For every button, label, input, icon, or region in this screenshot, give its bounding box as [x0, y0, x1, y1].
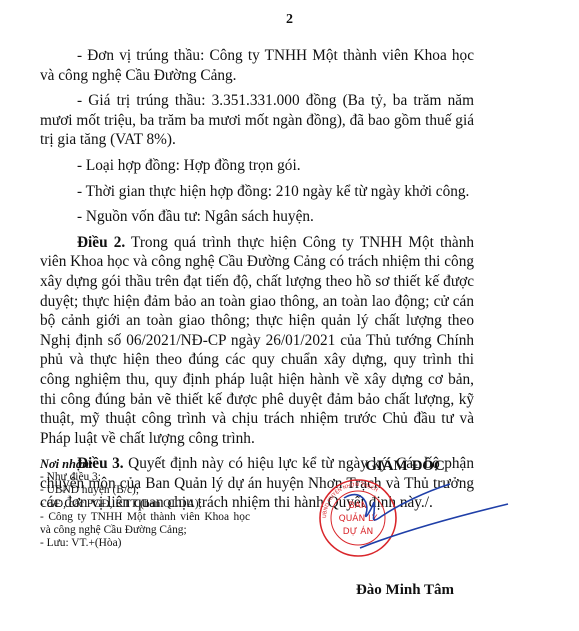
- bid-value-line: - Giá trị trúng thầu: 3.351.331.000 đồng…: [40, 91, 474, 150]
- recipient-item: - Công ty TNHH Một thành viên Khoa học v…: [40, 511, 250, 537]
- recipient-item: - Lưu: VT.+(Hòa): [40, 537, 250, 550]
- duration-line: - Thời gian thực hiện hợp đồng: 210 ngày…: [40, 182, 474, 202]
- contractor-line: - Đơn vị trúng thầu: Công ty TNHH Một th…: [40, 46, 474, 85]
- recipient-item: - GĐ, các PGĐ, KTT (ban QLDA);: [40, 498, 250, 511]
- recipient-item: - UBND huyện (B/c);: [40, 484, 250, 497]
- signer-title: GIÁM ĐỐC: [330, 458, 480, 475]
- recipient-item: - Như điều 3;: [40, 471, 250, 484]
- contract-type-line: - Loại hợp đồng: Hợp đồng trọn gói.: [40, 156, 474, 176]
- document-body: - Đơn vị trúng thầu: Công ty TNHH Một th…: [40, 46, 474, 519]
- page-number: 2: [0, 12, 579, 28]
- article-2: Điều 2. Trong quá trình thực hiện Công t…: [40, 233, 474, 449]
- recipients-block: Nơi nhận: - Như điều 3; - UBND huyện (B/…: [40, 458, 250, 550]
- funding-line: - Nguồn vốn đầu tư: Ngân sách huyện.: [40, 207, 474, 227]
- article-2-label: Điều 2.: [77, 234, 125, 251]
- recipients-title: Nơi nhận:: [40, 458, 250, 471]
- article-2-text: Trong quá trình thực hiện Công ty TNHH M…: [40, 234, 474, 447]
- signature-icon: [330, 480, 510, 560]
- signer-name: Đào Minh Tâm: [330, 582, 480, 599]
